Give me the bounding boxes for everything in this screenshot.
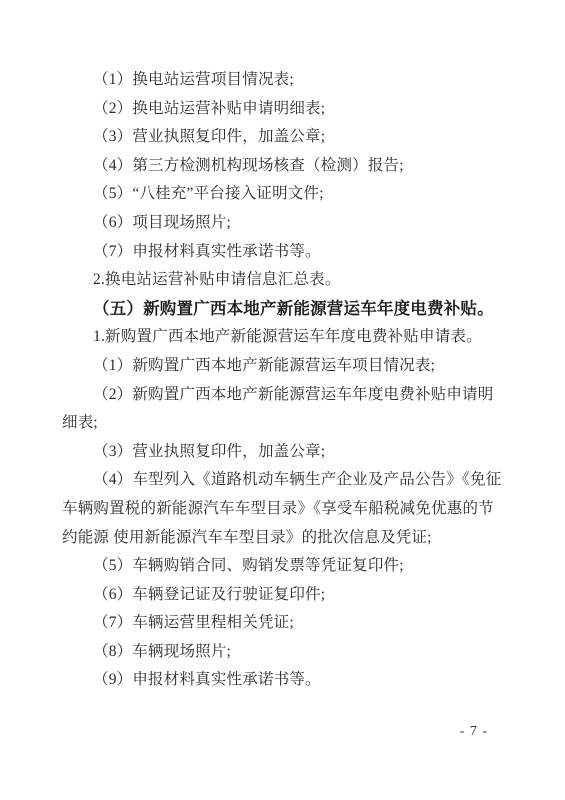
text-line: 2.换电站运营补贴申请信息汇总表。 [62, 266, 504, 295]
text-line: （6）项目现场照片; [62, 209, 504, 238]
text-line: （6）车辆登记证及行驶证复印件; [62, 581, 504, 610]
text-line: （4）车型列入《道路机动车辆生产企业及产品公告》《免征 [62, 466, 504, 495]
text-line: （1）换电站运营项目情况表; [62, 66, 504, 95]
section-heading: （五）新购置广西本地产新能源营运车年度电费补贴。 [62, 295, 504, 324]
text-line: 1.新购置广西本地产新能源营运车年度电费补贴申请表。 [62, 323, 504, 352]
text-block: （1）换电站运营项目情况表; （2）换电站运营补贴申请明细表; （3）营业执照复… [62, 66, 504, 695]
text-line: （1）新购置广西本地产新能源营运车项目情况表; [62, 352, 504, 381]
text-line: （9）申报材料真实性承诺书等。 [62, 666, 504, 695]
text-line: （2）新购置广西本地产新能源营运车年度电费补贴申请明 [62, 381, 504, 410]
document-page: （1）换电站运营项目情况表; （2）换电站运营补贴申请明细表; （3）营业执照复… [0, 0, 565, 800]
text-line: 车辆购置税的新能源汽车车型目录》《享受车船税减免优惠的节 [62, 495, 504, 524]
text-line: （3）营业执照复印件，加盖公章; [62, 438, 504, 467]
text-line: （5）“八桂充”平台接入证明文件; [62, 180, 504, 209]
text-line: （7）车辆运营里程相关凭证; [62, 609, 504, 638]
text-line: （8）车辆现场照片; [62, 638, 504, 667]
page-number: - 7 - [460, 724, 488, 740]
text-line: 细表; [62, 409, 504, 438]
text-line: （7）申报材料真实性承诺书等。 [62, 238, 504, 267]
text-line: （3）营业执照复印件，加盖公章; [62, 123, 504, 152]
text-line: （2）换电站运营补贴申请明细表; [62, 95, 504, 124]
text-line: （5）车辆购销合同、购销发票等凭证复印件; [62, 552, 504, 581]
text-line: （4）第三方检测机构现场核查（检测）报告; [62, 152, 504, 181]
text-line: 约能源 使用新能源汽车车型目录》的批次信息及凭证; [62, 524, 504, 553]
